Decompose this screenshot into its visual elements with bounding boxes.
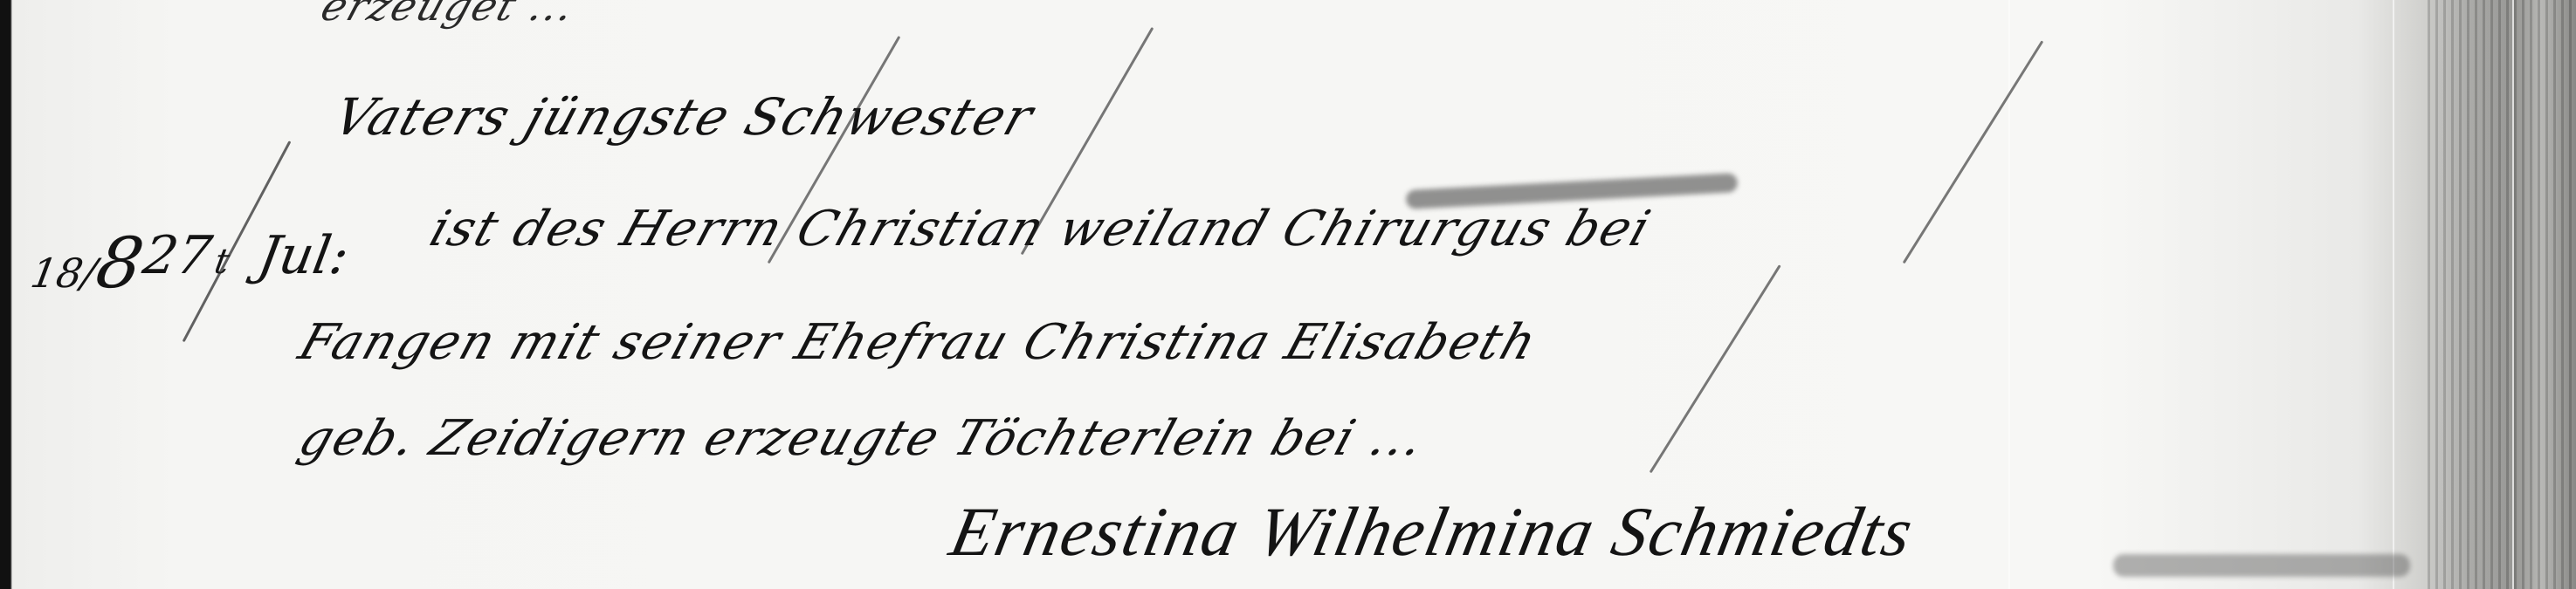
page-crease <box>2393 0 2394 589</box>
text-line-4: geb. Zeidigern erzeugte Töchterlein bei … <box>292 410 1432 467</box>
text-line-3: Fangen mit seiner Ehefrau Christina Elis… <box>292 314 1545 371</box>
ink-underline <box>2113 554 2410 577</box>
page-crease <box>2008 0 2010 589</box>
entry-date: 27t Jul: <box>139 225 354 286</box>
entry-number-flourish: 8 <box>91 223 149 304</box>
pen-stroke <box>1903 40 2044 264</box>
date-suffix: t <box>211 242 232 282</box>
text-line-5-names: Ernestina Wilhelmina Schmiedts <box>943 493 1920 572</box>
binding-spine <box>2428 0 2576 589</box>
pen-stroke <box>1650 264 1781 473</box>
text-line-0: erzeuget ... <box>315 0 582 30</box>
date-month: Jul: <box>253 225 353 286</box>
text-line-1: Vaters jüngste Schwester <box>327 87 1042 147</box>
register-page: 18/8 27t Jul: erzeuget ... Vaters jüngst… <box>0 0 2576 589</box>
date-day: 27 <box>139 225 217 286</box>
entry-number-text: 18/ <box>27 250 100 297</box>
page-crease <box>2512 0 2514 589</box>
text-line-2: ist des Herrn Christian weiland Chirurgu… <box>423 201 1658 257</box>
entry-number: 18/8 <box>26 223 149 304</box>
